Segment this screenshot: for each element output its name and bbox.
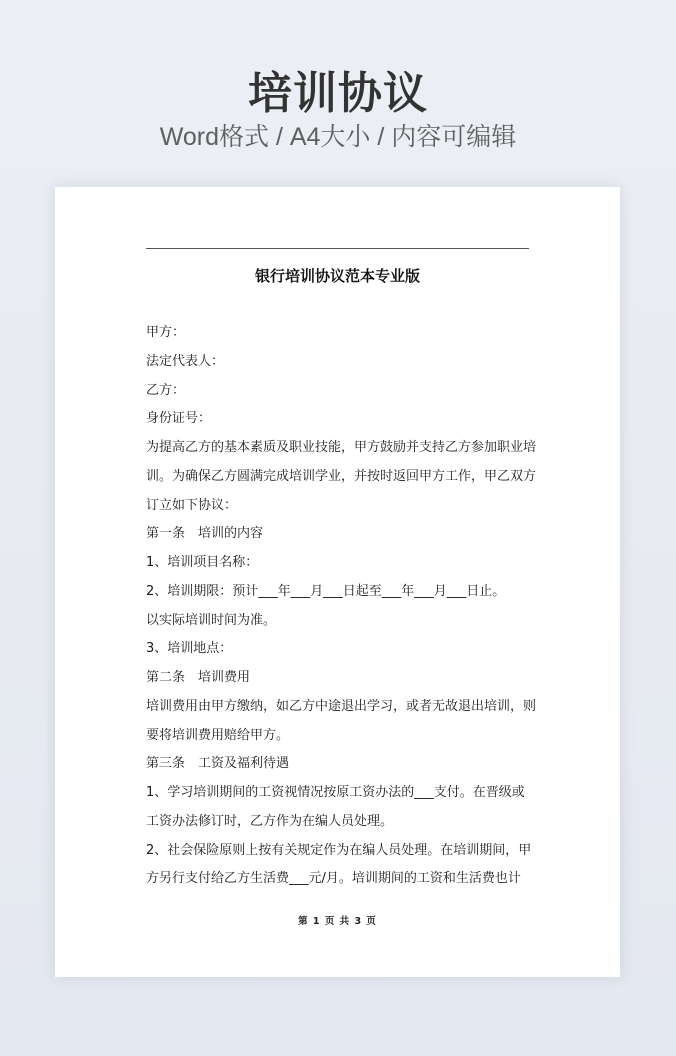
document-body: 甲方： 法定代表人： 乙方： 身份证号： 为提高乙方的基本素质及职业技能，甲方鼓… — [146, 319, 530, 894]
article-3-item-1: 1、学习培训期间的工资视情况按原工资办法的___支付。在晋级或 — [146, 779, 530, 808]
article-3-heading: 第三条 工资及福利待遇 — [146, 750, 530, 779]
id-number-line: 身份证号： — [146, 405, 530, 434]
document-page: 银行培训协议范本专业版 甲方： 法定代表人： 乙方： 身份证号： 为提高乙方的基… — [55, 187, 620, 977]
document-title: 银行培训协议范本专业版 — [146, 264, 529, 288]
party-a-line: 甲方： — [146, 319, 530, 348]
article-1-item-3: 3、培训地点： — [146, 635, 530, 664]
page-number-footer: 第 1 页 共 3 页 — [55, 913, 620, 927]
article-3-item-2: 2、社会保险原则上按有关规定作为在编人员处理。在培训期间，甲 — [146, 837, 530, 866]
article-1-item-2-cont: 以实际培训时间为准。 — [146, 607, 530, 636]
banner-subtitle: Word格式 / A4大小 / 内容可编辑 — [0, 120, 676, 154]
banner-title: 培训协议 — [0, 66, 676, 122]
article-1-heading: 第一条 培训的内容 — [146, 520, 530, 549]
preamble-line-2: 训。为确保乙方圆满完成培训学业，并按时返回甲方工作，甲乙双方 — [146, 463, 530, 492]
party-b-line: 乙方： — [146, 377, 530, 406]
preamble-line-1: 为提高乙方的基本素质及职业技能，甲方鼓励并支持乙方参加职业培 — [146, 434, 530, 463]
article-3-item-1-cont: 工资办法修订时，乙方作为在编人员处理。 — [146, 808, 530, 837]
legal-representative-line: 法定代表人： — [146, 348, 530, 377]
article-1-item-1: 1、培训项目名称： — [146, 549, 530, 578]
article-2-text-2: 要将培训费用赔给甲方。 — [146, 722, 530, 751]
article-3-item-2-cont: 方另行支付给乙方生活费___元/月。培训期间的工资和生活费也计 — [146, 865, 530, 894]
preamble-line-3: 订立如下协议： — [146, 492, 530, 521]
article-2-heading: 第二条 培训费用 — [146, 664, 530, 693]
header-rule — [146, 248, 529, 249]
article-2-text-1: 培训费用由甲方缴纳，如乙方中途退出学习，或者无故退出培训，则 — [146, 693, 530, 722]
article-1-item-2: 2、培训期限：预计___年___月___日起至___年___月___日止。 — [146, 578, 530, 607]
